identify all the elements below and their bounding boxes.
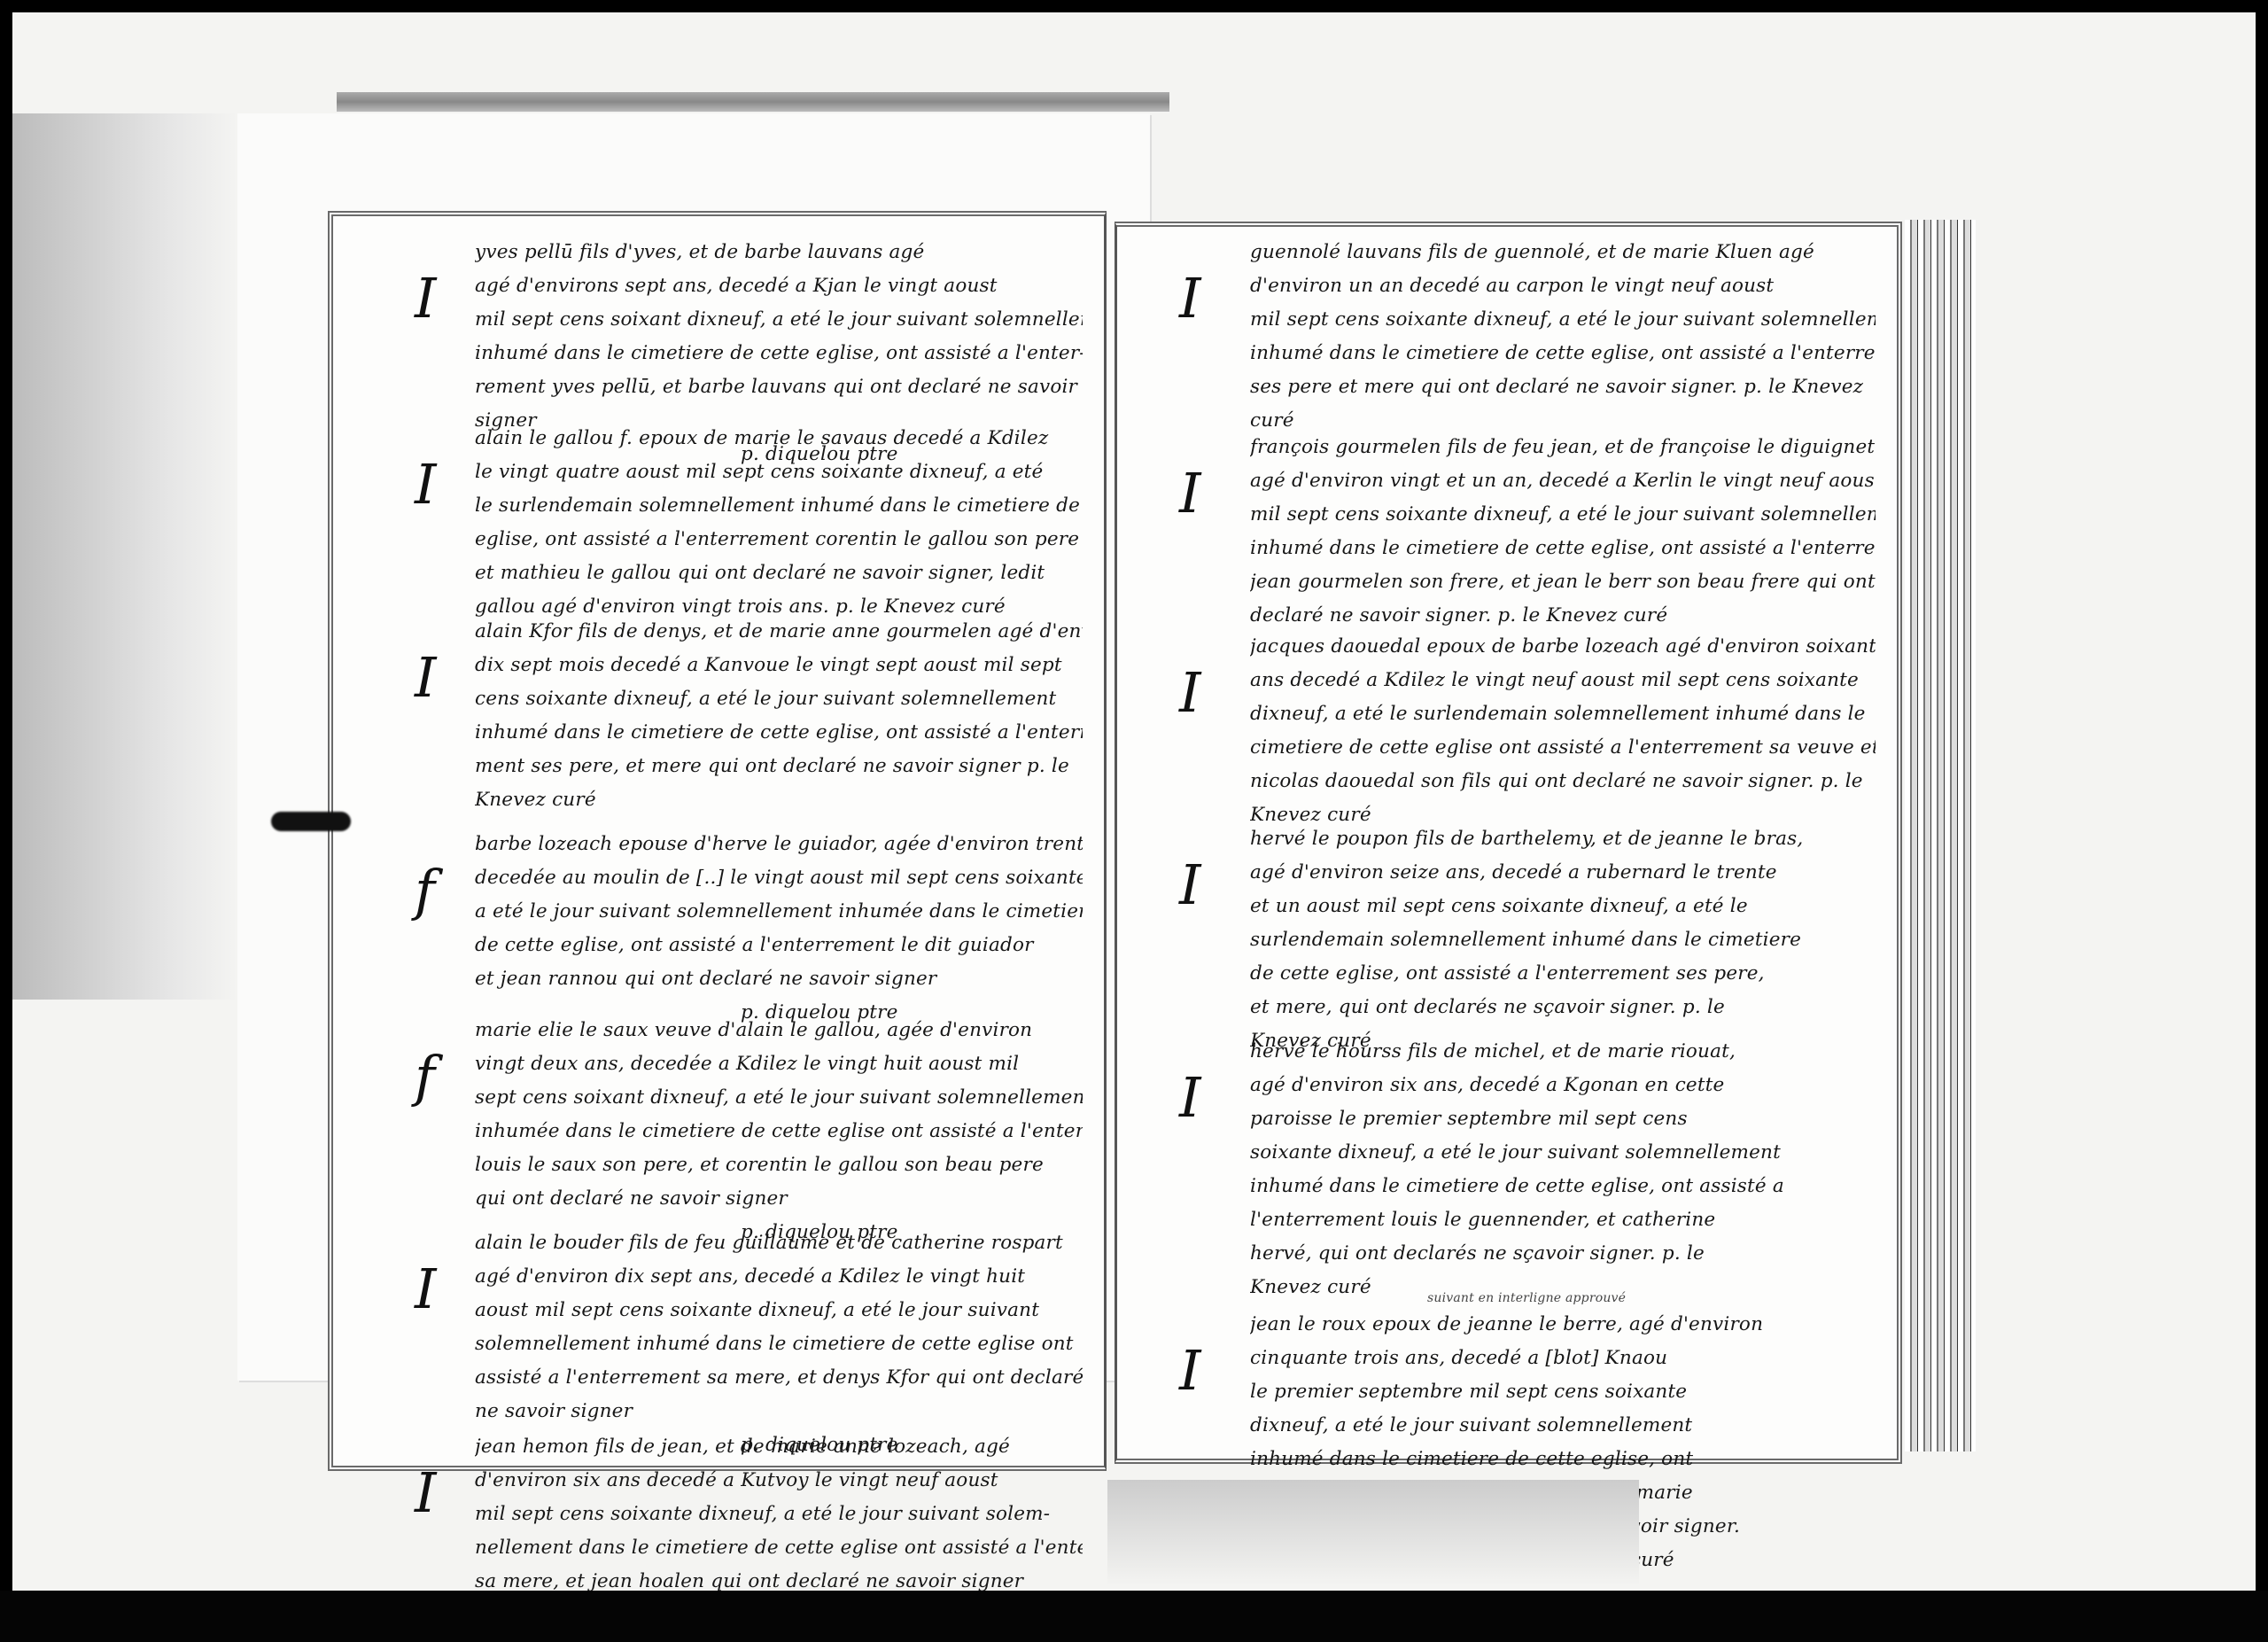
text-line: inhumé dans le cimetiere de cette eglise… — [1250, 1443, 1876, 1476]
text-line: sept cens soixant dixneuf, a eté le jour… — [475, 1081, 1083, 1115]
text-line: le surlendemain solemnellement inhumé da… — [475, 489, 1083, 523]
margin-mark: I — [1179, 1343, 1201, 1398]
text-line: paroisse le premier septembre mil sept c… — [1250, 1102, 1876, 1136]
entry-text: hervé le poupon fils de barthelemy, et d… — [1250, 822, 1876, 1058]
text-line: hervé le hourss fils de michel, et de ma… — [1250, 1035, 1876, 1069]
text-line: jean le roux epoux de jeanne le berre, a… — [1250, 1308, 1876, 1342]
entry-text: alain le bouder fils de feu guillaume et… — [475, 1226, 1083, 1462]
text-line: inhumé dans le cimetiere de cette eglise… — [1250, 532, 1876, 565]
text-line: mil sept cens soixante dixneuf, a eté le… — [1250, 303, 1876, 337]
text-line: hervé le poupon fils de barthelemy, et d… — [1250, 822, 1876, 856]
text-line: surlendemain solemnellement inhumé dans … — [1250, 923, 1876, 957]
text-line: soixante dixneuf, a eté le jour suivant … — [1250, 1136, 1876, 1170]
margin-mark: f — [415, 863, 435, 918]
entry-text: barbe lozeach epouse d'herve le guiador,… — [475, 828, 1083, 1030]
text-line: declaré ne savoir signer. p. le Knevez c… — [1250, 599, 1876, 633]
text-line: de cette eglise, ont assisté a l'enterre… — [1250, 957, 1876, 991]
entry-text: alain Kfor fils de denys, et de marie an… — [475, 615, 1083, 817]
text-line: cinquante trois ans, decedé a [blot] Kna… — [1250, 1342, 1876, 1375]
text-line: d'environ un an decedé au carpon le ving… — [1250, 269, 1876, 303]
margin-mark: I — [415, 1262, 437, 1317]
text-line: yves pellū fils d'yves, et de barbe lauv… — [475, 236, 1083, 269]
entry-text: alain le gallou f. epoux de marie le sav… — [475, 422, 1083, 624]
text-line: et jean rannou qui ont declaré ne savoir… — [475, 962, 1083, 996]
text-line: alain le bouder fils de feu guillaume et… — [475, 1226, 1083, 1260]
text-line: cimetiere de cette eglise ont assisté a … — [1250, 731, 1876, 765]
text-line: Knevez curé — [475, 783, 1083, 817]
text-line: l'enterrement louis le guennender, et ca… — [1250, 1203, 1876, 1237]
text-line: inhumé dans le cimetiere de cette eglise… — [1250, 1170, 1876, 1203]
text-line: qui ont declaré ne savoir signer — [475, 1182, 1083, 1216]
text-line: agé d'environ seize ans, decedé a rubern… — [1250, 856, 1876, 890]
entry-text: jacques daouedal epoux de barbe lozeach … — [1250, 630, 1876, 832]
text-line: decedée au moulin de [..] le vingt aoust… — [475, 861, 1083, 895]
text-line: agé d'environ dix sept ans, decedé a Kdi… — [475, 1260, 1083, 1294]
text-line: nicolas daouedal son fils qui ont declar… — [1250, 765, 1876, 798]
text-line: solemnellement inhumé dans le cimetiere … — [475, 1327, 1083, 1361]
text-line: aoust mil sept cens soixante dixneuf, a … — [475, 1294, 1083, 1327]
text-line: inhumée dans le cimetiere de cette eglis… — [475, 1115, 1083, 1148]
text-line: de cette eglise, ont assisté a l'enterre… — [475, 929, 1083, 962]
text-line: dixneuf, a eté le surlendemain solemnell… — [1250, 697, 1876, 731]
text-line: alain Kfor fils de denys, et de marie an… — [475, 615, 1083, 649]
text-line: a eté le jour suivant solemnellement inh… — [475, 895, 1083, 929]
entry-text: françois gourmelen fils de feu jean, et … — [1250, 431, 1876, 633]
text-line: dix sept mois decedé a Kanvoue le vingt … — [475, 649, 1083, 682]
text-line: marie elie le saux veuve d'alain le gall… — [475, 1014, 1083, 1047]
text-line: le premier septembre mil sept cens soixa… — [1250, 1375, 1876, 1409]
text-line: et mathieu le gallou qui ont declaré ne … — [475, 556, 1083, 590]
margin-mark: f — [415, 1049, 435, 1104]
left-page: Iyves pellū fils d'yves, et de barbe lau… — [328, 211, 1107, 1471]
text-line: agé d'environs sept ans, decedé a Kjan l… — [475, 269, 1083, 303]
scan-bottom-border — [0, 1591, 2268, 1642]
text-line: assisté a l'enterrement sa mere, et deny… — [475, 1361, 1083, 1395]
right-page: Iguennolé lauvans fils de guennolé, et d… — [1115, 222, 1902, 1464]
gray-strip — [337, 92, 1169, 112]
text-line: nellement dans le cimetiere de cette egl… — [475, 1531, 1083, 1565]
margin-mark: I — [1179, 466, 1201, 521]
text-line: ses pere et mere qui ont declaré ne savo… — [1250, 370, 1876, 404]
left-shadow — [12, 113, 237, 1000]
margin-mark: I — [1179, 665, 1201, 720]
margin-mark: I — [415, 271, 437, 326]
page-edges — [1905, 220, 1976, 1451]
text-line: jacques daouedal epoux de barbe lozeach … — [1250, 630, 1876, 664]
open-register: Iyves pellū fils d'yves, et de barbe lau… — [328, 202, 2020, 1478]
text-line: louis le saux son pere, et corentin le g… — [475, 1148, 1083, 1182]
text-line: vingt deux ans, decedée a Kdilez le ving… — [475, 1047, 1083, 1081]
text-line: alain le gallou f. epoux de marie le sav… — [475, 422, 1083, 455]
bottom-shadow — [1107, 1480, 1639, 1586]
text-line: et mere, qui ont declarés ne sçavoir sig… — [1250, 991, 1876, 1024]
text-line: agé d'environ vingt et un an, decedé a K… — [1250, 464, 1876, 498]
text-line: inhumé dans le cimetiere de cette eglise… — [475, 716, 1083, 750]
text-line: jean gourmelen son frere, et jean le ber… — [1250, 565, 1876, 599]
margin-mark: I — [415, 1466, 437, 1521]
text-line: mil sept cens soixant dixneuf, a eté le … — [475, 303, 1083, 337]
text-line: ment ses pere, et mere qui ont declaré n… — [475, 750, 1083, 783]
entry-text: guennolé lauvans fils de guennolé, et de… — [1250, 236, 1876, 438]
text-line: hervé, qui ont declarés ne sçavoir signe… — [1250, 1237, 1876, 1271]
text-line: ans decedé a Kdilez le vingt neuf aoust … — [1250, 664, 1876, 697]
text-line: dixneuf, a eté le jour suivant solemnell… — [1250, 1409, 1876, 1443]
text-line: et un aoust mil sept cens soixante dixne… — [1250, 890, 1876, 923]
text-line: ne savoir signer — [475, 1395, 1083, 1428]
text-line: eglise, ont assisté a l'enterrement core… — [475, 523, 1083, 556]
margin-mark: I — [415, 650, 437, 705]
text-line: d'environ six ans decedé a Kutvoy le vin… — [475, 1464, 1083, 1498]
entry-text: marie elie le saux veuve d'alain le gall… — [475, 1014, 1083, 1249]
text-line: françois gourmelen fils de feu jean, et … — [1250, 431, 1876, 464]
text-line: guennolé lauvans fils de guennolé, et de… — [1250, 236, 1876, 269]
margin-mark: I — [1179, 858, 1201, 913]
margin-mark: I — [415, 457, 437, 512]
text-line: mil sept cens soixante dixneuf, a eté le… — [1250, 498, 1876, 532]
margin-mark: I — [1179, 1070, 1201, 1125]
entry-text: hervé le hourss fils de michel, et de ma… — [1250, 1035, 1876, 1304]
text-line: agé d'environ six ans, decedé a Kgonan e… — [1250, 1069, 1876, 1102]
text-line: barbe lozeach epouse d'herve le guiador,… — [475, 828, 1083, 861]
margin-mark: I — [1179, 271, 1201, 326]
ink-blot — [271, 812, 351, 831]
text-line: rement yves pellū, et barbe lauvans qui … — [475, 370, 1083, 404]
text-line: mil sept cens soixante dixneuf, a eté le… — [475, 1498, 1083, 1531]
text-line: inhumé dans le cimetiere de cette eglise… — [475, 337, 1083, 370]
text-line: cens soixante dixneuf, a eté le jour sui… — [475, 682, 1083, 716]
text-line: le vingt quatre aoust mil sept cens soix… — [475, 455, 1083, 489]
text-line: jean hemon fils de jean, et de marie ann… — [475, 1430, 1083, 1464]
text-line: inhumé dans le cimetiere de cette eglise… — [1250, 337, 1876, 370]
